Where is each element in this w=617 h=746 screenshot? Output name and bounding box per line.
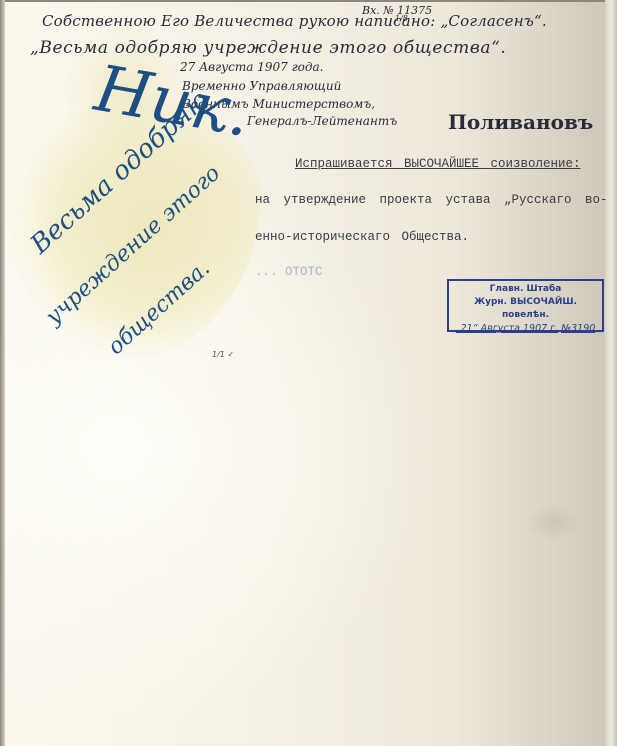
stamp-line-1: Главн. Штаба bbox=[449, 283, 602, 296]
typed-faded-line: ... ОТОТС bbox=[255, 265, 323, 279]
headquarters-stamp: Главн. Штаба Журн. ВЫСОЧАЙШ. повелѣн. „2… bbox=[447, 279, 604, 332]
photo-right-edge bbox=[605, 0, 617, 746]
stamp-line-2: Журн. ВЫСОЧАЙШ. повелѣн. bbox=[449, 296, 602, 322]
signatory-rank: Генералъ-Лейтенантъ bbox=[247, 114, 397, 128]
typed-heading: Испрашивается ВЫСОЧАЙШЕЕ соизволение: bbox=[295, 157, 581, 171]
stamp-number: №3190 bbox=[561, 323, 595, 334]
small-handwritten-note: 1/1 ✓ bbox=[212, 350, 234, 359]
stamp-line-3: „21“ Августа 1907 г. №3190 bbox=[449, 322, 602, 336]
stamp-date: „21“ Августа 1907 г. bbox=[456, 323, 558, 334]
photo-left-edge bbox=[0, 0, 5, 746]
signatory-signature: Поливановъ bbox=[448, 110, 593, 134]
header-line-1: Собственною Его Величества рукою написан… bbox=[42, 12, 547, 30]
typed-body-line-2: енно-историческаго Общества. bbox=[255, 230, 469, 244]
typed-body-line-1: на утверждение проекта устава „Русскаго … bbox=[255, 193, 608, 207]
water-mark-stain bbox=[525, 505, 580, 540]
